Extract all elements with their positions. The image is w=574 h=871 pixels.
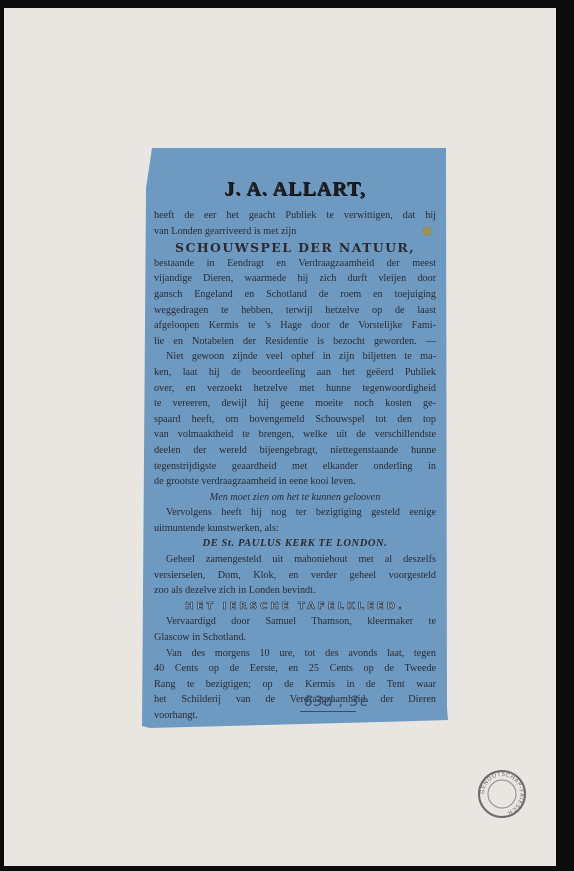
body-line: Vervolgens heeft hij nog ter bezigtiging…	[154, 505, 436, 521]
body-line: deelen der wereld bijeengebragt, nietteg…	[154, 443, 436, 459]
body-line: versierselen, Dom, Klok, en verder gehee…	[154, 568, 436, 584]
handwritten-underline	[300, 711, 356, 712]
body-line: van volmaaktheid te brengen, welke uit d…	[154, 427, 436, 443]
body-line: Geheel zamengesteld uit mahoniehout met …	[154, 552, 436, 568]
motto: Men moet zien om het te kunnen gelooven	[154, 490, 436, 506]
body-line: Rang te bezigtigen; op de Kermis in de T…	[154, 677, 436, 693]
body-line: ken, laat hij de beoordeeling aan het ge…	[154, 365, 436, 381]
handwritten-annotation: 63d , 3e	[304, 694, 370, 710]
body-line: het Schilderij van de Verdraagzaamheid d…	[154, 692, 436, 708]
body-line: zoo als dezelve zich in Londen bevindt.	[154, 583, 436, 599]
stamp-text: GENOOTSCHAP-FRIESCH	[480, 772, 524, 815]
handbill-text: J. A. ALLART, heeft de eer het geacht Pu…	[154, 148, 436, 750]
body-line: bestaande in Eendragt en Verdraagzaamhei…	[154, 256, 436, 272]
handbill-title: J. A. ALLART,	[154, 182, 436, 208]
body-line: 40 Cents op de Eerste, en 25 Cents op de…	[154, 661, 436, 677]
body-line: Niet gewoon zijnde veel ophef in zijn bi…	[154, 349, 436, 365]
handbill-sheet: J. A. ALLART, heeft de eer het geacht Pu…	[142, 148, 448, 730]
body-line: spaard heeft, om bovengemeld Schouwspel …	[154, 412, 436, 428]
body-line: te vereeren, dewijl hij geene moeite noc…	[154, 396, 436, 412]
intro-line-1: heeft de eer het geacht Publiek te verwi…	[154, 208, 436, 224]
body-line: lie en Notabelen der Residentie is bezoc…	[154, 334, 436, 350]
heading-st-paulus: DE St. PAULUS KERK TE LONDON.	[154, 536, 436, 552]
body-line: uitmuntende kunstwerken, als:	[154, 521, 436, 537]
body-line: voorhangt.	[154, 708, 436, 724]
svg-text:GENOOTSCHAP-FRIESCH: GENOOTSCHAP-FRIESCH	[480, 772, 524, 815]
heading-tafelkleed: HET IERSCHE TAFELKLEED.	[154, 599, 436, 615]
body-line: gansch Engeland en Schotland de roem en …	[154, 287, 436, 303]
body-line: Vervaardigd door Samuel Thamson, kleerma…	[154, 614, 436, 630]
body-line: Glascow in Schotland.	[154, 630, 436, 646]
body-line: de grootste verdraagzaamheid in eene koo…	[154, 474, 436, 490]
body-line: weggedragen te hebben, terwijl hetzelve …	[154, 303, 436, 319]
intro-line-2: van Londen gearriveerd is met zijn	[154, 224, 436, 240]
body-line: over, en verzoekt hetzelve met hunne teg…	[154, 381, 436, 397]
heading-schouwspel: SCHOUWSPEL DER NATUUR,	[154, 240, 436, 256]
body-line: afgeloopen Kermis te 's Hage door de Vor…	[154, 318, 436, 334]
body-line: Van des morgens 10 ure, tot des avonds l…	[154, 646, 436, 662]
library-stamp-icon: GENOOTSCHAP-FRIESCH	[477, 769, 527, 819]
body-line: vijandige Dieren, waarmede hij zich durf…	[154, 271, 436, 287]
body-line: tegenstrijdigste geaardheid met elkander…	[154, 459, 436, 475]
